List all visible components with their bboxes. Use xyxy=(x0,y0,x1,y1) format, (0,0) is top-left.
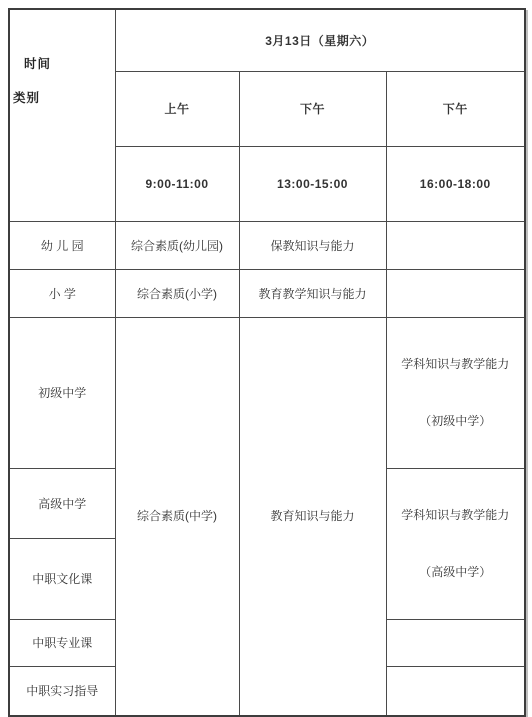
cell-kindergarten-afternoon1: 保教知识与能力 xyxy=(239,222,386,270)
session-header-afternoon-1: 下午 xyxy=(239,72,386,147)
date-header: 3月13日（星期六） xyxy=(115,9,525,72)
cell-senior-afternoon2-line2: （高级中学） xyxy=(387,562,525,583)
cell-secondary-morning-merged: 综合素质(中学) xyxy=(115,318,239,716)
cell-primary-afternoon1: 教育教学知识与能力 xyxy=(239,270,386,318)
cell-kindergarten-afternoon2-empty xyxy=(386,222,525,270)
cell-senior-afternoon2-merged: 学科知识与教学能力 （高级中学） xyxy=(386,469,525,620)
time-header-afternoon-2: 16:00-18:00 xyxy=(386,147,525,222)
session-header-morning: 上午 xyxy=(115,72,239,147)
row-label-vocational-internship: 中职实习指导 xyxy=(9,667,115,716)
cell-primary-morning: 综合素质(小学) xyxy=(115,270,239,318)
row-label-senior-middle: 高级中学 xyxy=(9,469,115,539)
corner-header-cell: 时间 类别 xyxy=(9,9,115,222)
corner-header-wrap: 时间 类别 xyxy=(10,46,115,185)
cell-senior-afternoon2-line1: 学科知识与教学能力 xyxy=(387,505,525,526)
table-row-primary: 小 学 综合素质(小学) 教育教学知识与能力 xyxy=(9,270,525,318)
cell-vocational-internship-afternoon2-empty xyxy=(386,667,525,716)
table-row-junior-middle: 初级中学 综合素质(中学) 教育知识与能力 学科知识与教学能力 （初级中学） xyxy=(9,318,525,469)
cell-primary-afternoon2-empty xyxy=(386,270,525,318)
corner-time-label: 时间 xyxy=(24,55,51,74)
cell-junior-afternoon2-line2: （初级中学） xyxy=(387,411,525,432)
row-label-vocational-culture: 中职文化课 xyxy=(9,539,115,620)
row-label-vocational-specialty: 中职专业课 xyxy=(9,620,115,667)
row-label-junior-middle: 初级中学 xyxy=(9,318,115,469)
cell-kindergarten-morning: 综合素质(幼儿园) xyxy=(115,222,239,270)
corner-category-label: 类别 xyxy=(13,89,40,108)
time-header-morning: 9:00-11:00 xyxy=(115,147,239,222)
cell-junior-afternoon2: 学科知识与教学能力 （初级中学） xyxy=(386,318,525,469)
row-label-kindergarten: 幼 儿 园 xyxy=(9,222,115,270)
row-label-primary: 小 学 xyxy=(9,270,115,318)
cell-secondary-afternoon1-merged: 教育知识与能力 xyxy=(239,318,386,716)
cell-vocational-specialty-afternoon2-empty xyxy=(386,620,525,667)
session-header-afternoon-2: 下午 xyxy=(386,72,525,147)
cell-junior-afternoon2-line1: 学科知识与教学能力 xyxy=(387,354,525,375)
time-header-afternoon-1: 13:00-15:00 xyxy=(239,147,386,222)
exam-schedule-sheet: 时间 类别 3月13日（星期六） 上午 下午 下午 9:00-11:00 13:… xyxy=(8,8,526,717)
table-row-kindergarten: 幼 儿 园 综合素质(幼儿园) 保教知识与能力 xyxy=(9,222,525,270)
exam-schedule-table: 时间 类别 3月13日（星期六） 上午 下午 下午 9:00-11:00 13:… xyxy=(8,8,526,717)
